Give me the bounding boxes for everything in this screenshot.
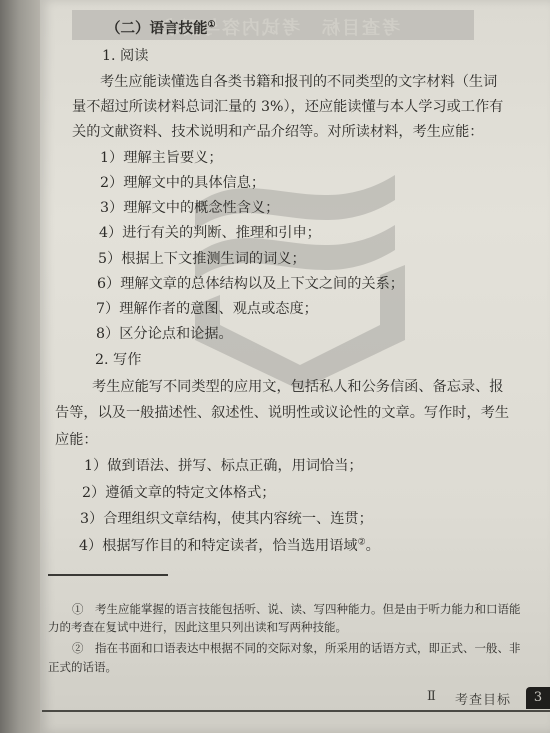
reading-item: 6）理解文章的总体结构以及上下文之间的关系； — [97, 273, 404, 293]
reading-item: 5）根据上下文推测生词的词义； — [98, 248, 306, 268]
writing-item: 3）合理组织文章结构，使其内容统一、连贯； — [80, 508, 373, 528]
reading-item: 2）理解文中的具体信息； — [100, 172, 265, 192]
reading-intro-line: 量不超过所读材料总词汇量的 3%），还应能读懂与本人学习或工作有 — [72, 96, 503, 116]
writing-item: 1）做到语法、拼写、标点正确，用词恰当； — [84, 455, 363, 475]
writing-intro-line: 告等，以及一般描述性、叙述性、说明性或议论性的文章。写作时，考生 — [55, 402, 509, 422]
footnote-2-line: ② 指在书面和口语表达中根据不同的交际对象，所采用的话语方式，即正式、一般、非 — [72, 640, 521, 656]
writing-item-last: 4）根据写作目的和特定读者，恰当选用语域②。 — [79, 535, 380, 555]
footnote-ref-1[interactable]: ① — [208, 20, 216, 30]
footer-section-number: Ⅱ — [427, 689, 437, 704]
reading-intro-line: 关的文献资料、技术说明和产品介绍等。对所读材料，考生应能： — [72, 121, 483, 141]
writing-intro-line: 应能： — [55, 429, 98, 449]
footnote-divider — [48, 574, 168, 576]
section-heading: （二）语言技能① — [106, 17, 216, 38]
page-number: 3 — [526, 687, 550, 709]
reading-item: 7）理解作者的意图、观点或态度； — [96, 298, 318, 318]
writing-item-end: 。 — [366, 538, 380, 554]
footer-section-title: 考查目标 — [455, 689, 511, 708]
footnote-1-line: 力的考查在复试中进行，因此这里只列出读和写两种技能。 — [48, 619, 347, 635]
reading-heading: 1. 阅读 — [102, 45, 148, 65]
footer-rule — [42, 710, 550, 712]
reading-item: 4）进行有关的判断、推理和引申； — [99, 222, 321, 242]
writing-item: 2）遵循文章的特定文体格式； — [82, 482, 275, 502]
writing-intro-line: 考生应能写不同类型的应用文，包括私人和公务信函、备忘录、报 — [92, 376, 503, 396]
reading-item: 8）区分论点和论据。 — [96, 323, 233, 343]
reading-intro-line: 考生应能读懂选自各类书籍和报刊的不同类型的文字材料（生词 — [100, 71, 497, 91]
writing-item-text: 4）根据写作目的和特定读者，恰当选用语域 — [79, 538, 358, 554]
footnote-2-line: 正式的话语。 — [48, 659, 117, 675]
footnote-ref-2[interactable]: ② — [358, 537, 366, 547]
reading-item: 1）理解主旨要义； — [100, 147, 223, 167]
footnote-1-line: ① 考生应能掌握的语言技能包括听、说、读、写四种能力。但是由于听力能力和口语能 — [72, 601, 521, 617]
section-heading-text: （二）语言技能 — [106, 20, 208, 37]
book-spine — [0, 0, 42, 733]
writing-heading: 2. 写作 — [95, 349, 141, 369]
reading-item: 3）理解文中的概念性含义； — [100, 197, 279, 217]
